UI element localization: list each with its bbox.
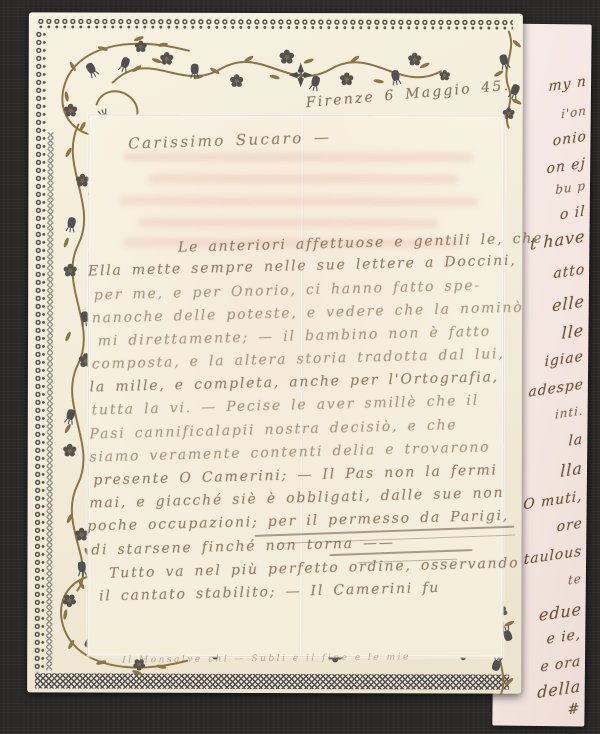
- second-page-fragment: lle: [562, 320, 585, 343]
- second-page-fragment: bu p: [555, 178, 586, 197]
- second-page-fragment: inti.: [555, 403, 584, 421]
- second-page-fragment: taulous: [523, 543, 582, 568]
- photo-of-letter: my n i'on onio on ej bu p o il t have at…: [0, 0, 600, 734]
- second-page-fragment: o il: [560, 203, 586, 223]
- second-page-fragment: adespe: [528, 376, 584, 400]
- second-page-fragment: edue: [538, 599, 582, 625]
- second-page-fragment: atto: [553, 261, 585, 282]
- second-page-fragment: elle: [552, 291, 585, 315]
- second-page-fragment: della: [536, 676, 581, 702]
- ink-show-through: [138, 219, 438, 228]
- second-page-fragment: igiae: [545, 348, 585, 370]
- ink-show-through: [148, 175, 458, 184]
- second-page-fragment: ore: [556, 515, 583, 535]
- second-page-fragment: onio: [552, 128, 586, 149]
- second-page-fragment: e ora: [540, 653, 581, 675]
- second-page-fragment: O muti,: [523, 488, 583, 513]
- hash-mark: #: [568, 700, 581, 718]
- ink-show-through: [124, 153, 474, 162]
- second-page-fragment: on ej: [547, 155, 587, 177]
- ink-show-through: [118, 197, 478, 206]
- second-page-fragment: te: [568, 571, 582, 587]
- second-page-fragment: lla: [560, 458, 583, 481]
- second-page-fragment: i'on: [561, 103, 587, 121]
- second-page-fragment: la: [568, 431, 583, 449]
- letter-sheet: Firenze 6 Maggio 45. Carissimo Sucaro — …: [27, 12, 523, 693]
- lace-border-top: [37, 17, 513, 31]
- second-page-fragment: e ie,: [546, 626, 581, 647]
- second-page-fragment: my n: [549, 73, 588, 95]
